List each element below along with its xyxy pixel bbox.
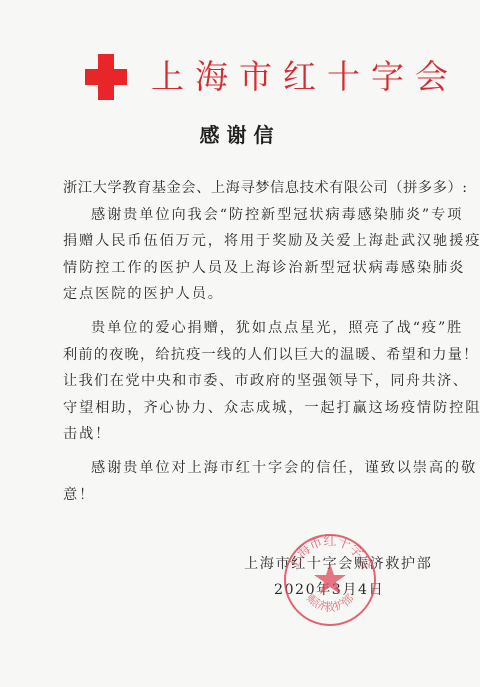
paragraph-line: 守望相助，齐心协力、众志成城，一起打赢这场疫情防控阻 (63, 395, 428, 422)
paragraph-line: 利前的夜晚，给抗疫一线的人们以巨大的温暖、希望和力量！ (63, 342, 428, 369)
paragraph-line: 让我们在党中央和市委、市政府的坚强领导下，同舟共济、 (63, 368, 428, 395)
paragraph-line: 感谢贵单位向我会“防控新型冠状病毒感染肺炎”专项 (63, 202, 428, 229)
salutation: 浙江大学教育基金会、上海寻梦信息技术有限公司（拼多多）: (63, 175, 428, 202)
paragraph-line: 贵单位的爱心捐赠，犹如点点星光，照亮了战“疫”胜 (63, 315, 428, 342)
paragraph-line: 意！ (63, 482, 428, 509)
paragraph-3: 感谢贵单位对上海市红十字会的信任，谨致以崇高的敬 意！ (63, 455, 428, 508)
paragraph-line: 捐赠人民币伍佰万元，将用于奖励及关爱上海赴武汉驰援疫 (63, 228, 428, 255)
letterhead: 上海市红十字会 (85, 52, 425, 102)
organization-name: 上海市红十字会 (151, 56, 459, 98)
signature-date: 2020年3月4日 (244, 577, 432, 603)
signature-block: 上海市红十字会赈济救护部 2020年3月4日 (244, 551, 432, 603)
paragraph-2: 贵单位的爱心捐赠，犹如点点星光，照亮了战“疫”胜 利前的夜晚，给抗疫一线的人们以… (63, 315, 428, 448)
paragraph-line: 定点医院的医护人员。 (63, 281, 428, 308)
signature-department: 上海市红十字会赈济救护部 (244, 551, 432, 577)
paragraph-1: 感谢贵单位向我会“防控新型冠状病毒感染肺炎”专项 捐赠人民币伍佰万元，将用于奖励… (63, 202, 428, 308)
red-cross-icon (85, 54, 127, 100)
letter-body: 浙江大学教育基金会、上海寻梦信息技术有限公司（拼多多）: 感谢贵单位向我会“防控… (63, 175, 428, 508)
paragraph-line: 击战！ (63, 421, 428, 448)
letter-page: 上海市红十字会 感谢信 浙江大学教育基金会、上海寻梦信息技术有限公司（拼多多）:… (0, 0, 480, 687)
letter-title: 感谢信 (0, 119, 480, 148)
paragraph-line: 情防控工作的医护人员及上海诊治新型冠状病毒感染肺炎 (63, 255, 428, 282)
paragraph-line: 感谢贵单位对上海市红十字会的信任，谨致以崇高的敬 (63, 455, 428, 482)
